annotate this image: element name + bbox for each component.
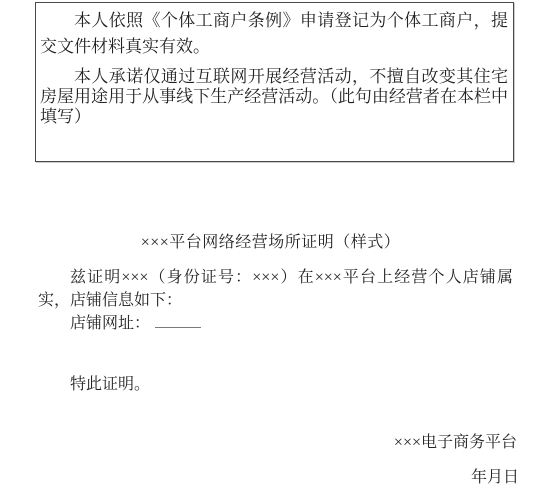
- shop-url-line: 店铺网址：: [38, 312, 513, 335]
- issue-date: 年月日: [0, 466, 519, 489]
- declaration-paragraph-2: 本人承诺仅通过互联网开展经营活动，不擅自改变其住宅房屋用途用于从事线下生产经营活…: [40, 67, 508, 127]
- issuer-name: ×××电子商务平台: [0, 431, 517, 454]
- certificate-title: ×××平台网络经营场所证明（样式）: [0, 232, 541, 254]
- certificate-body: 兹证明×××（身份证号：×××）在×××平台上经营个人店铺属实，店铺信息如下：: [38, 266, 513, 312]
- document-page: 本人依照《个体工商户条例》申请登记为个体工商户，提交文件材料真实有效。 本人承诺…: [0, 2, 541, 500]
- shop-url-label: 店铺网址：: [70, 315, 150, 332]
- closing-statement: 特此证明。: [38, 373, 513, 396]
- declaration-paragraph-1: 本人依照《个体工商户条例》申请登记为个体工商户，提交文件材料真实有效。: [40, 8, 508, 60]
- shop-url-blank-field: [155, 314, 201, 328]
- declaration-box: 本人依照《个体工商户条例》申请登记为个体工商户，提交文件材料真实有效。 本人承诺…: [35, 2, 514, 162]
